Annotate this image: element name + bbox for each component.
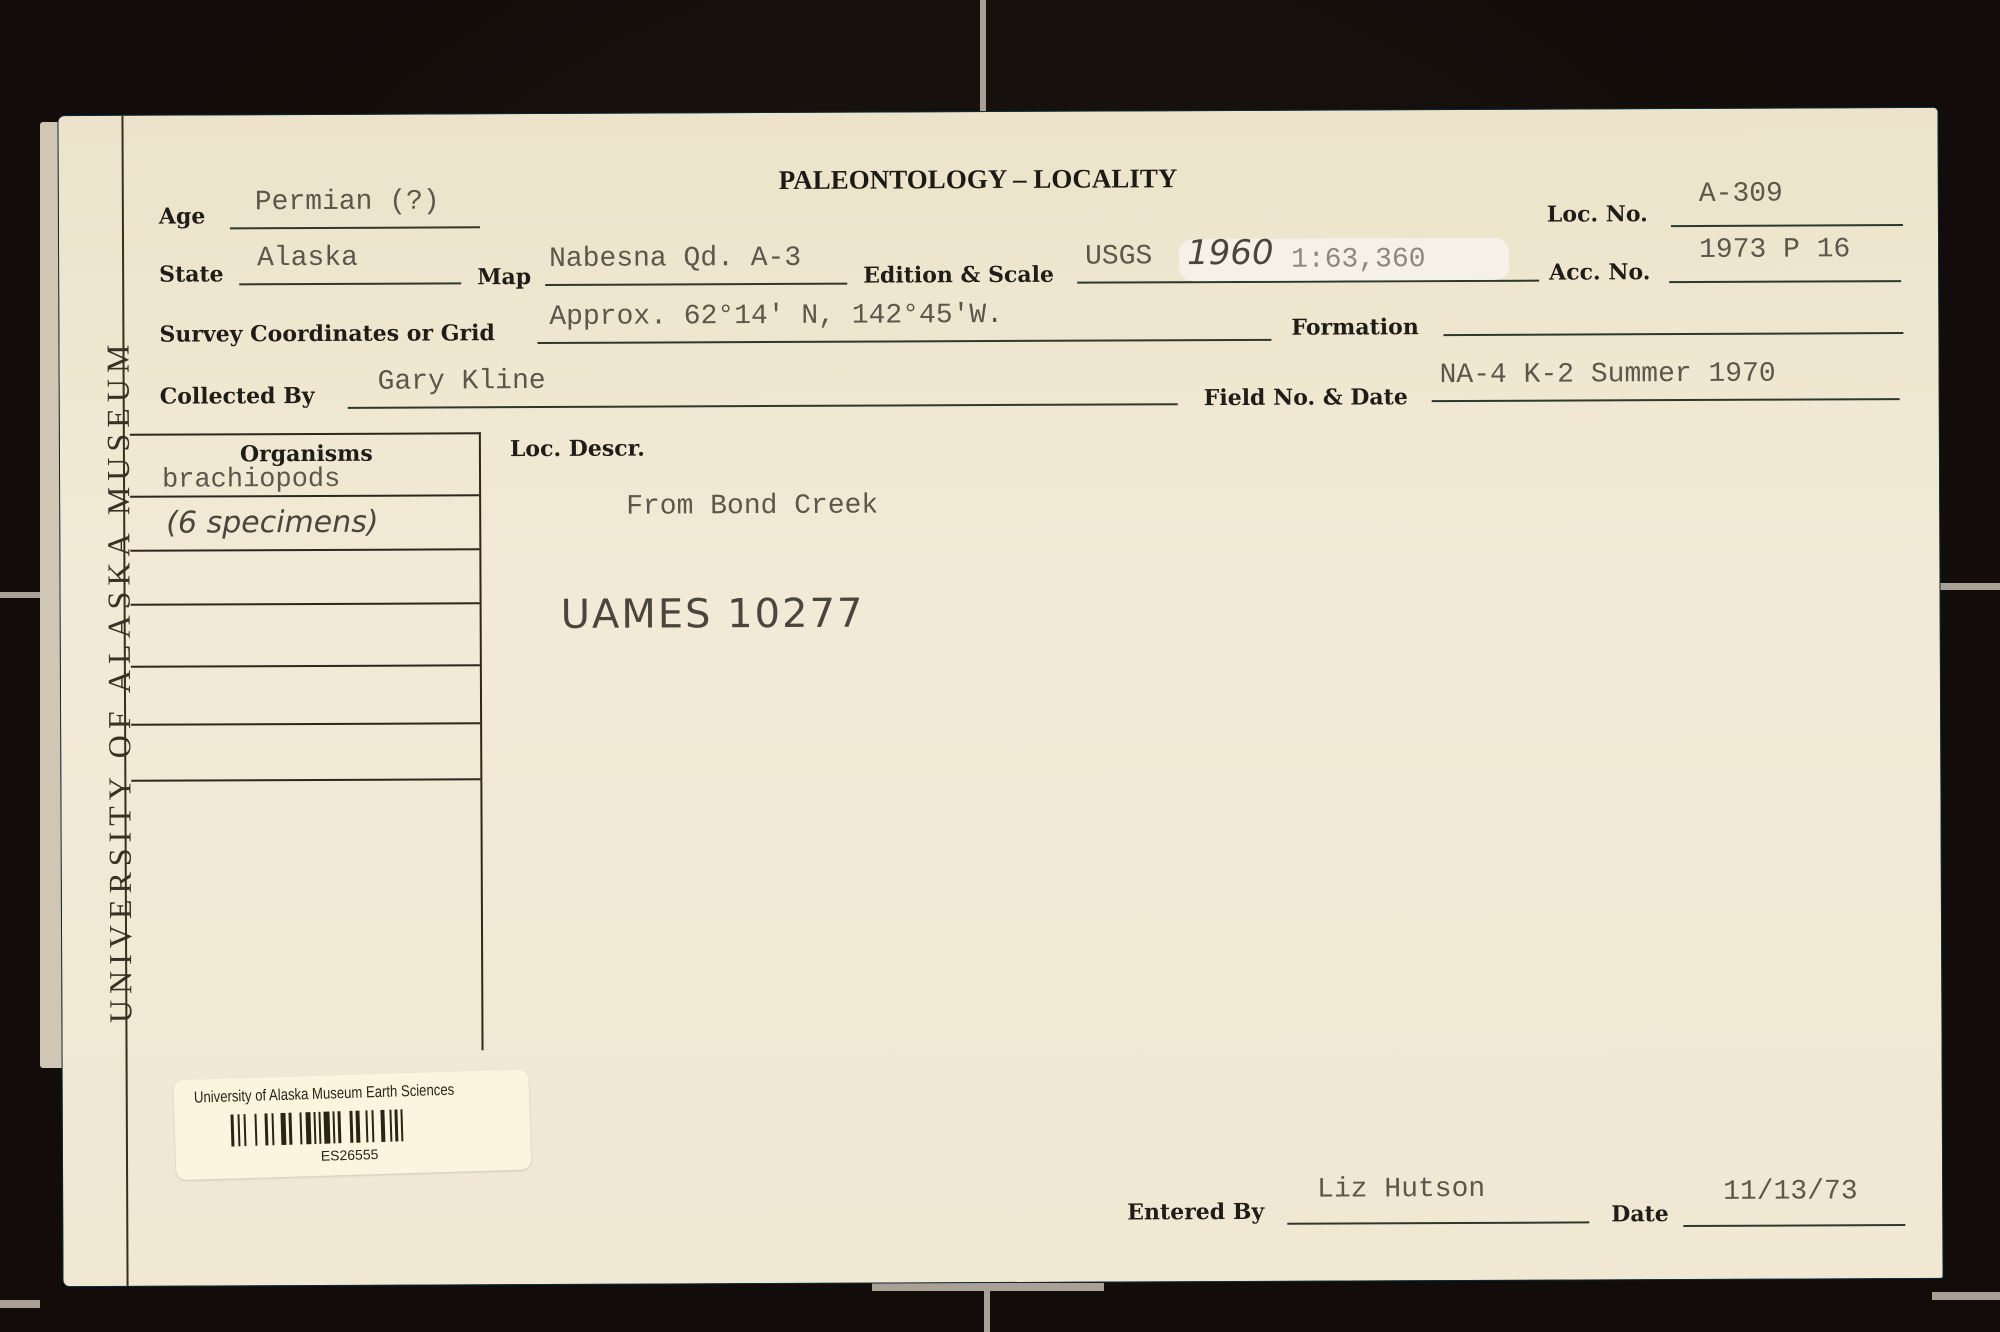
state-label: State (159, 261, 224, 287)
grid-mark (980, 0, 986, 118)
map-value: Nabesna Qd. A-3 (549, 243, 801, 275)
state-underline (239, 282, 461, 285)
acc-no-value: 1973 P 16 (1699, 234, 1850, 266)
field-no-date-label: Field No. & Date (1204, 384, 1408, 411)
survey-coordinates-underline (537, 339, 1271, 344)
map-underline (545, 283, 847, 286)
organisms-header: Organisms (240, 441, 373, 468)
survey-coordinates-label: Survey Coordinates or Grid (159, 320, 495, 347)
field-no-date-value: NA-4 K-2 Summer 1970 (1440, 359, 1776, 391)
date-underline (1683, 1224, 1905, 1227)
organism-row-2: (6 specimens) (166, 505, 378, 541)
collected-by-label: Collected By (160, 383, 315, 410)
age-label: Age (159, 203, 206, 229)
formation-label: Formation (1291, 314, 1419, 341)
survey-coordinates-value: Approx. 62°14' N, 142°45'W. (549, 300, 1003, 333)
edition-value-handwritten: 1960 (1187, 233, 1274, 273)
organisms-table: Organisms brachiopods (6 specimens) (130, 432, 484, 1052)
loc-no-underline (1671, 224, 1903, 227)
loc-descr-label: Loc. Descr. (510, 436, 645, 463)
entered-by-underline (1287, 1221, 1589, 1224)
organisms-row-line (130, 548, 479, 552)
loc-descr-text: From Bond Creek (626, 491, 878, 523)
sticker-code: ES26555 (321, 1146, 379, 1164)
acc-no-underline (1669, 280, 1901, 283)
date-label: Date (1611, 1201, 1669, 1227)
card-title: PALEONTOLOGY – LOCALITY (779, 163, 1178, 196)
loc-no-label: Loc. No. (1547, 201, 1648, 227)
field-no-date-underline (1432, 398, 1900, 402)
organisms-row-line (130, 494, 479, 498)
formation-underline (1443, 332, 1903, 336)
sticker-title: University of Alaska Museum Earth Scienc… (194, 1082, 455, 1108)
age-value: Permian (?) (255, 186, 440, 218)
loc-descr-handwritten-note: UAMES 10277 (561, 591, 865, 638)
grid-mark (1940, 583, 2000, 590)
acc-no-label: Acc. No. (1549, 259, 1650, 285)
collected-by-underline (348, 403, 1178, 409)
organisms-row-line (131, 778, 480, 782)
organisms-row-line (131, 602, 480, 606)
edition-scale-label: Edition & Scale (863, 262, 1054, 289)
organism-row-1: brachiopods (162, 465, 340, 496)
grid-mark (984, 1280, 990, 1332)
state-value: Alaska (257, 243, 358, 274)
loc-no-value: A-309 (1699, 179, 1783, 210)
age-underline (230, 226, 480, 229)
grid-mark (0, 1300, 40, 1308)
map-label: Map (477, 264, 531, 290)
entered-by-value: Liz Hutson (1317, 1174, 1485, 1206)
barcode-icon (230, 1109, 403, 1146)
grid-mark (1932, 1292, 2000, 1300)
barcode-sticker: University of Alaska Museum Earth Scienc… (173, 1069, 531, 1180)
scale-value: 1:63,360 (1291, 244, 1426, 276)
entered-by-label: Entered By (1127, 1199, 1264, 1226)
organisms-row-line (131, 664, 480, 668)
date-value: 11/13/73 (1723, 1176, 1858, 1208)
edition-value-typed: USGS (1085, 241, 1152, 272)
organisms-row-line (131, 722, 480, 726)
locality-card: UNIVERSITY OF ALASKA MUSEUM PALEONTOLOGY… (58, 108, 1942, 1286)
collected-by-value: Gary Kline (378, 366, 546, 398)
